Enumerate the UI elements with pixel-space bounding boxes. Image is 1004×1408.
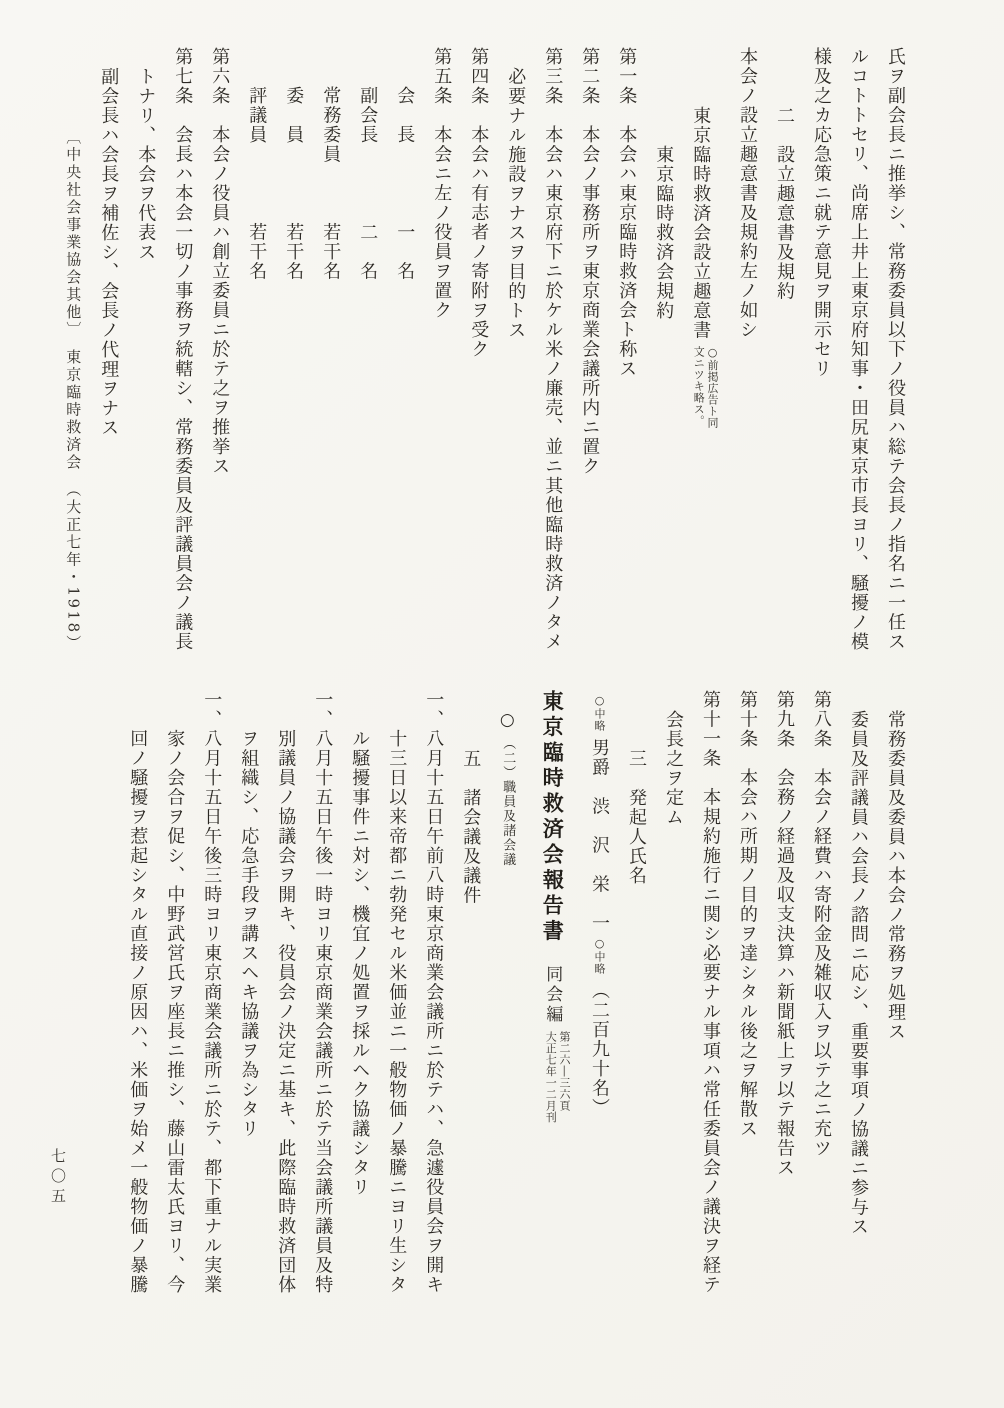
text-segment: 〔中央社会事業協会其他〕 東京臨時救済会 （大正七年・1918） [64,129,82,652]
text-segment: ル騒擾事件ニ対シ、機宜ノ処置ヲ採ルヘク協議シタリ [349,729,370,1197]
text-column: 第七条 会長ハ本会一切ノ事務ヲ統轄シ、常務委員及評議員会ノ議長 [173,47,191,665]
inline-note-line: 文ニツキ略ス。 [692,346,706,429]
text-segment: 常務委員 若干名 [320,86,341,281]
text-segment: 様及之カ応急策ニ就テ意見ヲ開示セリ [811,47,832,379]
page-number: 七〇五 [48,1148,69,1208]
text-segment: 会 長 一 名 [394,86,415,281]
text-column: 本会ノ設立趣意書及規約左ノ如シ [738,47,756,665]
margin-header: 〔中央社会事業協会其他〕 東京臨時救済会 （大正七年・1918） [65,47,80,665]
text-segment: 家ノ会合ヲ促シ、中野武営氏ヲ座長ニ推シ、藤山雷太氏ヨリ、今 [164,729,185,1295]
omission-note: ○中略 [593,694,606,732]
text-segment: ヲ組織シ、応急手段ヲ講スヘキ協議ヲ為シタリ [238,729,259,1139]
text-column: 第十一条 本規約施行ニ関シ必要ナル事項ハ常任委員会ノ議決ヲ経テ [701,690,719,1308]
text-column: 氏ヲ副会長ニ推挙シ、常務委員以下ノ役員ハ総テ会長ノ指名ニ一任ス [886,47,904,665]
text-segment: ルコトトセリ、尚席上井上東京府知事・田尻東京市長ヨリ、騒擾ノ模 [848,47,869,652]
text-segment: 常務委員及委員ハ本会ノ常務ヲ処理ス [885,710,906,1042]
text-column: ルコトトセリ、尚席上井上東京府知事・田尻東京市長ヨリ、騒擾ノ模 [849,47,867,665]
text-column: 様及之カ応急策ニ就テ意見ヲ開示セリ [812,47,830,665]
text-column: 副会長ハ会長ヲ補佐シ、会長ノ代理ヲナス [99,47,117,665]
text-segment: 第九条 会務ノ経過及収支決算ハ新聞紙上ヲ以テ報告ス [774,690,795,1178]
document-page: 氏ヲ副会長ニ推挙シ、常務委員以下ノ役員ハ総テ会長ノ指名ニ一任スルコトトセリ、尚席… [0,0,1004,1408]
text-column: ル騒擾事件ニ対シ、機宜ノ処置ヲ採ルヘク協議シタリ [350,690,368,1308]
text-segment: 第三条 本会ハ東京府下ニ於ケル米ノ廉売、並ニ其他臨時救済ノタメ [542,47,563,652]
text-column: 第三条 本会ハ東京府下ニ於ケル米ノ廉売、並ニ其他臨時救済ノタメ [543,47,561,665]
text-segment: 会長之ヲ定ム [663,710,684,827]
inline-note-line: 第二六―三六頁 [557,1031,571,1123]
text-column: 東京臨時救済会設立趣意書○前掲広告ト同文ニツキ略ス。 [691,47,719,665]
text-column: 五 諸会議及議件 [461,690,479,1308]
text-segment: トナリ、本会ヲ代表ス [135,67,156,262]
text-column: 家ノ会合ヲ促シ、中野武営氏ヲ座長ニ推シ、藤山雷太氏ヨリ、今 [165,690,183,1308]
text-column: 一、八月十五日午後一時ヨリ東京商業会議所ニ於テ当会議所議員及特 [313,690,331,1308]
text-column: 必要ナル施設ヲナスヲ目的トス [506,47,524,665]
text-column: 第二条 本会ノ事務所ヲ東京商業会議所内ニ置ク [580,47,598,665]
text-segment: 副会長ハ会長ヲ補佐シ、会長ノ代理ヲナス [98,67,119,438]
text-column: 回ノ騒擾ヲ惹起シタル直接ノ原因ハ、米価ヲ始メ一般物価ノ暴騰 [128,690,146,1308]
text-column: 別議員ノ協議会ヲ開キ、役員会ノ決定ニ基キ、此際臨時救済団体 [276,690,294,1308]
text-column: 第十条 本会ハ所期ノ目的ヲ達シタル後之ヲ解散ス [738,690,756,1308]
text-column: ○（二）職員及諸会議 [498,690,516,1308]
text-segment: 五 諸会議及議件 [460,749,481,905]
text-segment: 第十一条 本規約施行ニ関シ必要ナル事項ハ常任委員会ノ議決ヲ経テ [700,690,721,1295]
text-column: 評議員 若干名 [247,47,265,665]
text-column: 会長之ヲ定ム [664,690,682,1308]
report-text-block: 常務委員及委員ハ本会ノ常務ヲ処理ス委員及評議員ハ会長ノ諮問ニ応シ、重要事項ノ協議… [109,690,904,1308]
text-segment: 第十条 本会ハ所期ノ目的ヲ達シタル後之ヲ解散ス [737,690,758,1139]
text-segment: 二 設立趣意書及規約 [774,106,795,301]
regulations-text-block: 氏ヲ副会長ニ推挙シ、常務委員以下ノ役員ハ総テ会長ノ指名ニ一任スルコトトセリ、尚席… [43,47,904,665]
text-segment: 委員及評議員ハ会長ノ諮問ニ応シ、重要事項ノ協議ニ参与ス [848,710,869,1237]
inline-note-line: ○前掲広告ト同 [705,346,719,429]
text-column: 会 長 一 名 [395,47,413,665]
text-segment: 委 員 若干名 [283,86,304,281]
text-segment: 一、八月十五日午後一時ヨリ東京商業会議所ニ於テ当会議所議員及特 [312,690,333,1295]
text-column: 第八条 本会ノ経費ハ寄附金及雑収入ヲ以テ之ニ充ツ [812,690,830,1308]
text-segment: 一、八月十五日午前八時東京商業会議所ニ於テハ、急遽役員会ヲ開キ [423,690,444,1295]
text-segment: 第二条 本会ノ事務所ヲ東京商業会議所内ニ置ク [579,47,600,476]
text-segment: 第一条 本会ハ東京臨時救済会ト称ス [616,47,637,379]
text-segment: 必要ナル施設ヲナスヲ目的トス [505,67,526,340]
text-segment: 東京臨時救済会設立趣意書 [690,106,711,340]
text-segment: 男爵 渋 沢 栄 一 [589,738,610,933]
text-column: 第四条 本会ハ有志者ノ寄附ヲ受ク [469,47,487,665]
text-segment: 回ノ騒擾ヲ惹起シタル直接ノ原因ハ、米価ヲ始メ一般物価ノ暴騰 [127,729,148,1295]
text-column: 第五条 本会ニ左ノ役員ヲ置ク [432,47,450,665]
text-column: 常務委員 若干名 [321,47,339,665]
text-segment: 一、八月十五日午後三時ヨリ東京商業会議所ニ於テ、都下重ナル実業 [201,690,222,1295]
text-segment: 十三日以来帝都ニ勃発セル米価並ニ一般物価ノ暴騰ニヨリ生シタ [386,729,407,1295]
text-column: 第九条 会務ノ経過及収支決算ハ新聞紙上ヲ以テ報告ス [775,690,793,1308]
inline-note: ○前掲広告ト同文ニツキ略ス。 [692,346,720,429]
text-column: 常務委員及委員ハ本会ノ常務ヲ処理ス [886,690,904,1308]
text-segment: 三 発起人氏名 [626,749,647,886]
text-segment: 評議員 若干名 [246,86,267,281]
inline-note-line: 大正七年一二月刊 [544,1031,558,1123]
text-segment: （二）職員及諸会議 [500,737,515,868]
text-segment: 本会ノ設立趣意書及規約左ノ如シ [737,47,758,340]
text-column: 第一条 本会ハ東京臨時救済会ト称ス [617,47,635,665]
text-segment: （二百九十名） [589,981,610,1118]
text-column: 十三日以来帝都ニ勃発セル米価並ニ一般物価ノ暴騰ニヨリ生シタ [387,690,405,1308]
text-column: 一、八月十五日午前八時東京商業会議所ニ於テハ、急遽役員会ヲ開キ [424,690,442,1308]
text-column: トナリ、本会ヲ代表ス [136,47,154,665]
report-title-column: 東京臨時救済会報告書 同会編第二六―三六頁大正七年一二月刊 [542,690,571,1308]
inline-note: 第二六―三六頁大正七年一二月刊 [544,1031,572,1123]
text-column: ヲ組織シ、応急手段ヲ講スヘキ協議ヲ為シタリ [239,690,257,1308]
text-segment: 副会長 二 名 [357,86,378,281]
text-segment: 東京臨時救済会規約 [653,145,674,321]
text-column: 第六条 本会ノ役員ハ創立委員ニ於テ之ヲ推挙ス [210,47,228,665]
text-column: 一、八月十五日午後三時ヨリ東京商業会議所ニ於テ、都下重ナル実業 [202,690,220,1308]
text-segment: 第四条 本会ハ有志者ノ寄附ヲ受ク [468,47,489,359]
text-column: 三 発起人氏名 [627,690,645,1308]
text-segment: ○ [497,710,517,732]
text-segment: 東京臨時救済会報告書 [540,690,565,945]
text-column: 委員及評議員ハ会長ノ諮問ニ応シ、重要事項ノ協議ニ参与ス [849,690,867,1308]
text-segment: 同会編 [542,945,562,1025]
text-column: 副会長 二 名 [358,47,376,665]
text-column: 委 員 若干名 [284,47,302,665]
text-column: 二 設立趣意書及規約 [775,47,793,665]
text-segment: 氏ヲ副会長ニ推挙シ、常務委員以下ノ役員ハ総テ会長ノ指名ニ一任ス [885,47,906,652]
text-segment: 第五条 本会ニ左ノ役員ヲ置ク [431,47,452,320]
text-segment: 別議員ノ協議会ヲ開キ、役員会ノ決定ニ基キ、此際臨時救済団体 [275,729,296,1295]
text-segment: 第七条 会長ハ本会一切ノ事務ヲ統轄シ、常務委員及評議員会ノ議長 [172,47,193,652]
text-column: 東京臨時救済会規約 [654,47,672,665]
text-segment: 第六条 本会ノ役員ハ創立委員ニ於テ之ヲ推挙ス [209,47,230,476]
omission-note: ○中略 [593,937,606,975]
text-column: ○中略男爵 渋 沢 栄 一○中略（二百九十名） [590,690,608,1308]
text-segment: 第八条 本会ノ経費ハ寄附金及雑収入ヲ以テ之ニ充ツ [811,690,832,1158]
